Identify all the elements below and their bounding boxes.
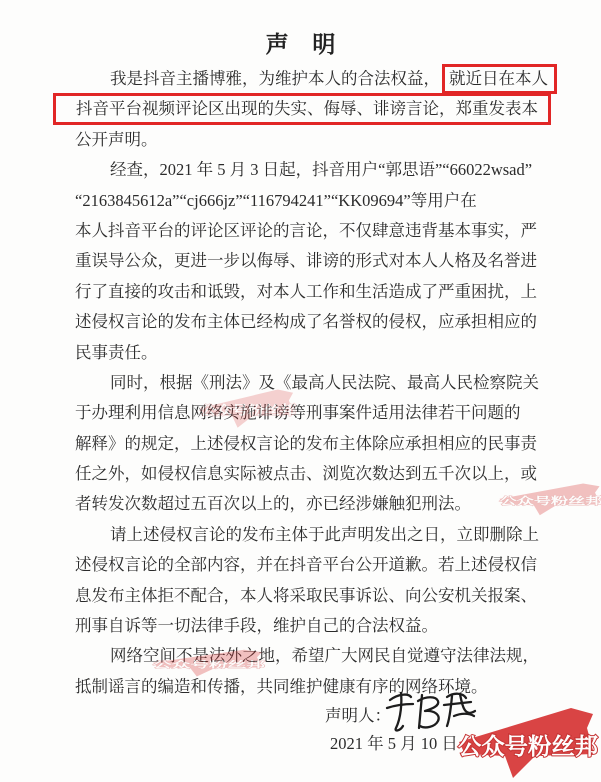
line-text: 我是抖音主播博雅，为维护本人的合法权益， xyxy=(110,69,440,88)
statement-line: 同时，根据《刑法》及《最高人民法院、最高人民检察院关 xyxy=(75,368,535,398)
statement-body: 我是抖音主播博雅，为维护本人的合法权益，就近日在本人 抖音平台视频评论区出现的失… xyxy=(75,64,535,702)
statement-line: 行了直接的攻击和诋毁，对本人工作和生活造成了严重困扰，上 xyxy=(75,277,535,307)
statement-line: 息发布主体拒不配合，本人将采取民事诉讼、向公安机关报案、 xyxy=(75,581,535,611)
signer-label: 声明人： xyxy=(325,702,391,730)
statement-line: 任之外，如侵权信息实际被点击、浏览次数达到五千次以上，或 xyxy=(75,459,535,489)
statement-line: 本人抖音平台的评论区评论的言论，不仅肆意违背基本事实，严 xyxy=(75,216,535,246)
statement-date: 2021 年 5 月 10 日 xyxy=(330,730,458,758)
statement-line: 网络空间不是法外之地，希望广大网民自觉遵守法律法规， xyxy=(75,641,535,671)
handwritten-signature xyxy=(384,688,484,734)
statement-line: 我是抖音主播博雅，为维护本人的合法权益，就近日在本人 xyxy=(75,64,535,94)
statement-line: 刑事自诉等一切法律手段，维护自己的合法权益。 xyxy=(75,611,535,641)
highlight-box-2: 抖音平台视频评论区出现的失实、侮辱、诽谤言论，郑重发表本 xyxy=(53,93,551,125)
statement-line: 者转发次数超过五百次以上的，亦已经涉嫌触犯刑法。 xyxy=(75,489,535,519)
statement-line: 抖音平台视频评论区出现的失实、侮辱、诽谤言论，郑重发表本 xyxy=(75,94,535,124)
statement-document: 声 明 我是抖音主播博雅，为维护本人的合法权益，就近日在本人 抖音平台视频评论区… xyxy=(0,0,601,782)
watermark-text: 公众号粉丝邦 xyxy=(458,733,598,759)
statement-line: 于办理利用信息网络实施诽谤等刑事案件适用法律若干问题的 xyxy=(75,398,535,428)
statement-line: 经查，2021 年 5 月 3 日起，抖音用户“郭思语”“66022wsad” xyxy=(75,155,535,185)
statement-line: “2163845612a”“cj666jz”“116794241”“KK0969… xyxy=(75,186,535,216)
highlight-box-1: 就近日在本人 xyxy=(442,64,557,94)
statement-line: 重误导公众，更进一步以侮辱、诽谤的形式对本人人格及名誉进 xyxy=(75,246,535,276)
statement-line: 解释》的规定，上述侵权言论的发布主体除应承担相应的民事责 xyxy=(75,429,535,459)
statement-line: 民事责任。 xyxy=(75,338,535,368)
page-title: 声 明 xyxy=(0,26,601,59)
statement-line: 请上述侵权言论的发布主体于此声明发出之日，立即删除上 xyxy=(75,520,535,550)
statement-line: 述侵权言论的全部内容，并在抖音平台公开道歉。若上述侵权信 xyxy=(75,550,535,580)
statement-line: 述侵权言论的发布主体已经构成了名誉权的侵权，应承担相应的 xyxy=(75,307,535,337)
statement-line: 公开声明。 xyxy=(75,125,535,155)
